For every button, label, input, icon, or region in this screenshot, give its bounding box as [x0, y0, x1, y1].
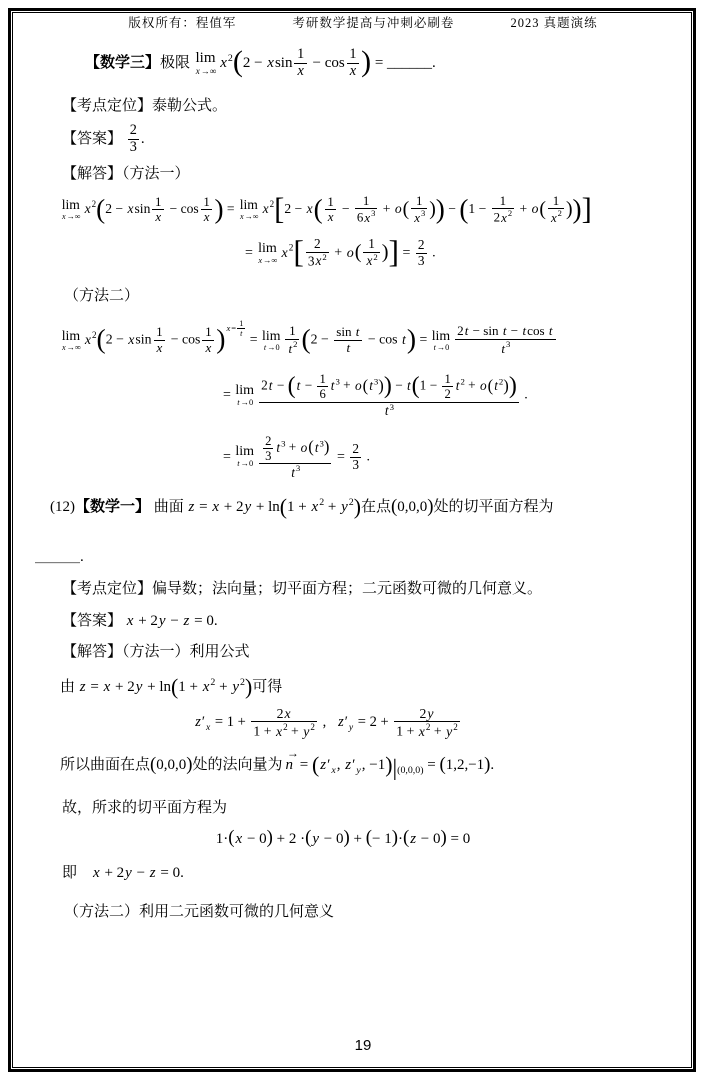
problem1-method2-label: （方法二） [64, 287, 676, 306]
problem2-method2-label: （方法二）利用二元函数可微的几何意义 [64, 903, 676, 922]
problem1-jieda: 【解答】（方法一） [62, 165, 676, 184]
page-content: 版权所有：程值军 考研数学提高与冲刺必刷卷 2023 真题演练 【数学三】极限 … [50, 14, 676, 1066]
header-copyright: 版权所有：程值军 [128, 16, 236, 32]
method1-label: （方法一）利用公式 [122, 644, 250, 660]
problem1-tag: 【数学三】 [85, 54, 160, 71]
problem1-equation-2: = limx→∞x2[23x2 + o(1x2)] = 23 . [245, 237, 676, 269]
problem1-lead: 极限 [160, 55, 190, 71]
problem1-equation-5: = limt→023t3 + o(t3)t3 = 23 . [223, 434, 676, 481]
problem1-equation-1: limx→∞x2(2 − xsin1x − cos1x) = limx→∞x2[… [60, 194, 676, 225]
kaodian-text: 偏导数；法向量；切平面方程；二元函数可微的几何意义。 [152, 581, 542, 597]
problem2-statement: (12)【数学一】 曲面 z = x + 2y + ln(1 + x2 + y2… [50, 497, 676, 517]
answer-value: 23. [126, 131, 145, 147]
kaodian-text: 泰勒公式。 [152, 98, 227, 114]
problem1-statement: 【数学三】极限 limx→∞x2(2 − xsin1x − cos1x) = _… [85, 47, 676, 80]
page-header: 版权所有：程值军 考研数学提高与冲刺必刷卷 2023 真题演练 [50, 16, 676, 32]
problem1-answer: 【答案】 23. [62, 123, 676, 156]
jieda-label: 【解答】 [62, 166, 122, 182]
jieda-label: 【解答】 [62, 644, 122, 660]
problem2-tag: 【数学一】 [75, 498, 150, 515]
page-number: 19 [50, 1037, 676, 1056]
problem2-answer: 【答案】 x + 2y − z = 0. [62, 612, 676, 631]
header-edition: 2023 真题演练 [510, 16, 597, 32]
problem2-number: (12) [50, 499, 75, 515]
problem1-formula: limx→∞x2(2 − xsin1x − cos1x) = ______. [194, 55, 436, 71]
answer-label: 【答案】 [62, 613, 122, 629]
problem1-equation-4: = limt→02t − (t − 16t3 + o(t3)) − t(1 − … [223, 372, 676, 419]
problem2-partials-equation: z′x = 1 + 2x1 + x2 + y2 , z′y = 2 + 2y1 … [50, 706, 606, 739]
problem2-ji-line: 即 x + 2y − z = 0. [62, 864, 676, 883]
problem2-formula: 曲面 z = x + 2y + ln(1 + x2 + y2)在点(0,0,0)… [154, 499, 554, 515]
problem2-jieda: 【解答】（方法一）利用公式 [62, 643, 676, 662]
problem1-kaodian: 【考点定位】泰勒公式。 [62, 97, 676, 116]
kaodian-label: 【考点定位】 [62, 98, 152, 114]
problem2-normal-vector-line: 所以曲面在点(0,0,0)处的法向量为→n = (z′x, z′y, −1)|(… [60, 756, 676, 777]
header-book-title: 考研数学提高与冲刺必刷卷 [292, 16, 454, 32]
problem2-derive-line: 由 z = x + 2y + ln(1 + x2 + y2)可得 [60, 677, 676, 697]
answer-label: 【答案】 [62, 131, 122, 147]
problem2-kaodian: 【考点定位】偏导数；法向量；切平面方程；二元函数可微的几何意义。 [62, 580, 676, 599]
answer-value: x + 2y − z = 0. [126, 613, 218, 629]
kaodian-label: 【考点定位】 [62, 581, 152, 597]
problem2-answer-blank: ＿＿＿. [35, 548, 676, 567]
method1-label: （方法一） [122, 166, 190, 182]
problem1-equation-3: limx→∞x2(2 − xsin1x − cos1x)x=1t = limt→… [60, 319, 676, 356]
problem2-tangent-plane-equation: 1·(x − 0) + 2 ·(y − 0) + (− 1)·(z − 0) =… [50, 830, 636, 849]
problem2-gu-line: 故，所求的切平面方程为 [62, 799, 676, 818]
